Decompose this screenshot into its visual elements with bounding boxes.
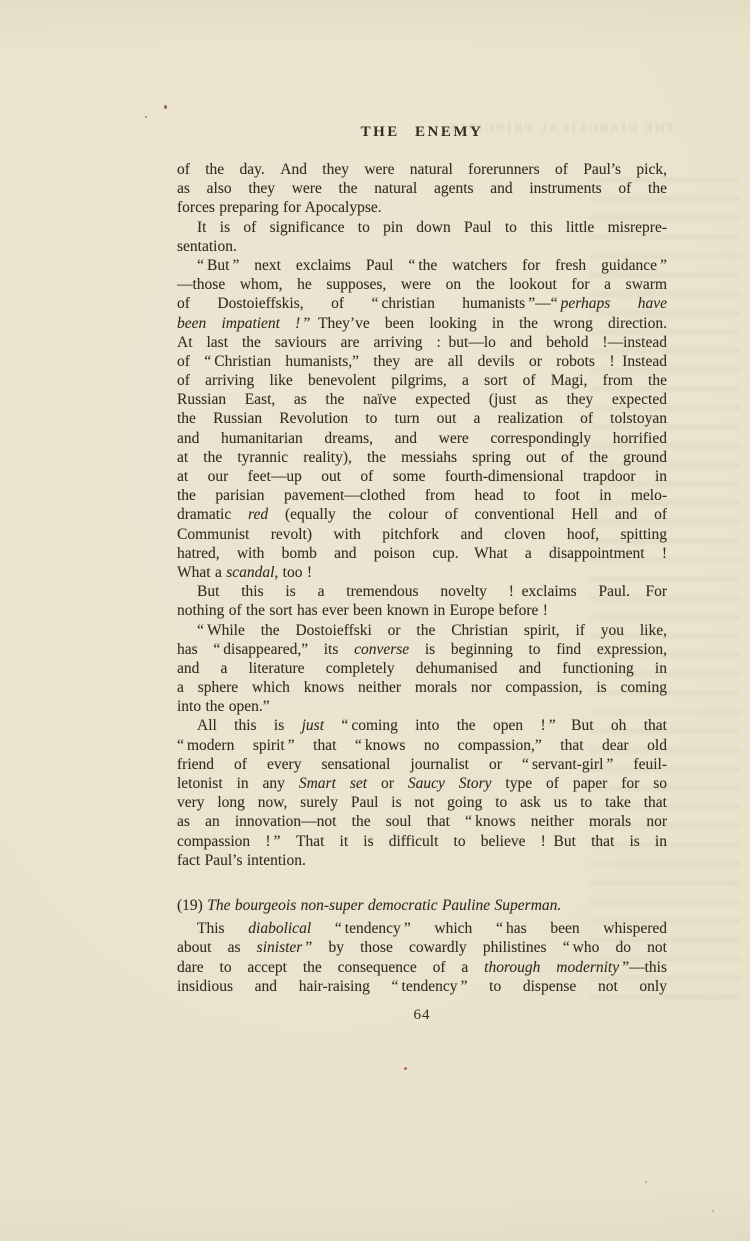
paragraph: of the day. And they were natural foreru… <box>177 160 667 218</box>
text-line: into the open.” <box>177 697 667 716</box>
text-line: as also they were the natural agents and… <box>177 179 667 198</box>
text-line: insidious and hair-raising “ tendency ” … <box>177 977 667 996</box>
text-line: “ While the Dostoieffski or the Christia… <box>177 621 667 640</box>
text-line: Russian East, as the naïve expected (jus… <box>177 390 667 409</box>
text-line: very long now, surely Paul is not going … <box>177 793 667 812</box>
book-page: THE DIABOLICAL PRINCIPLE THE ENEMY of th… <box>0 0 750 1241</box>
page-number: 64 <box>177 1007 667 1024</box>
paper-speck <box>645 1181 647 1183</box>
text-line: At last the saviours are arriving : but—… <box>177 333 667 352</box>
text-line: as an innovation—not the soul that “ kno… <box>177 812 667 831</box>
paper-speck <box>145 116 147 118</box>
paragraph: It is of significance to pin down Paul t… <box>177 218 667 256</box>
text-line: been impatient ! ” They’ve been looking … <box>177 314 667 333</box>
paragraph: “ But ” next exclaims Paul “ the watcher… <box>177 256 667 582</box>
text-line: the parisian pavement—clothed from head … <box>177 486 667 505</box>
paper-speck <box>164 105 167 109</box>
text-line: All this is just “ coming into the open … <box>177 716 667 735</box>
running-header: THE ENEMY <box>177 124 667 141</box>
text-line: It is of significance to pin down Paul t… <box>177 218 667 237</box>
paragraph: “ While the Dostoieffski or the Christia… <box>177 621 667 717</box>
text-line: hatred, with bomb and poison cup. What a… <box>177 544 667 563</box>
text-line: compassion ! ” That it is difficult to b… <box>177 832 667 851</box>
text-block: of the day. And they were natural foreru… <box>177 160 667 996</box>
text-line: the Russian Revolution to turn out a rea… <box>177 409 667 428</box>
text-line: This diabolical “ tendency ” which “ has… <box>177 919 667 938</box>
text-line: of Dostoieffskis, of “ christian humanis… <box>177 294 667 313</box>
text-line: What a scandal, too ! <box>177 563 667 582</box>
text-line: a sphere which knows neither morals nor … <box>177 678 667 697</box>
text-line: at our feet—up out of some fourth-dimens… <box>177 467 667 486</box>
text-line: But this is a tremendous novelty ! excla… <box>177 582 667 601</box>
paragraph: All this is just “ coming into the open … <box>177 716 667 870</box>
paragraph: This diabolical “ tendency ” which “ has… <box>177 919 667 996</box>
text-line: of arriving like benevolent pilgrims, a … <box>177 371 667 390</box>
text-line: has “ disappeared,” its converse is begi… <box>177 640 667 659</box>
paper-speck <box>712 1210 714 1212</box>
text-line: fact Paul’s intention. <box>177 851 667 870</box>
text-line: nothing of the sort has ever been known … <box>177 601 667 620</box>
paper-speck <box>404 1067 407 1070</box>
text-line: about as sinister ” by those cowardly ph… <box>177 938 667 957</box>
text-line: sentation. <box>177 237 667 256</box>
section-heading: (19) The bourgeois non-super democratic … <box>177 896 667 915</box>
text-line: dare to accept the consequence of a thor… <box>177 958 667 977</box>
text-line: “ modern spirit ” that “ knows no compas… <box>177 736 667 755</box>
text-line: and a literature completely dehumanised … <box>177 659 667 678</box>
text-line: of “ Christian humanists,” they are all … <box>177 352 667 371</box>
text-line: at the tyrannic reality), the messiahs s… <box>177 448 667 467</box>
text-line: letonist in any Smart set or Saucy Story… <box>177 774 667 793</box>
text-line: “ But ” next exclaims Paul “ the watcher… <box>177 256 667 275</box>
text-line: and humanitarian dreams, and were corres… <box>177 429 667 448</box>
text-line: Communist revolt) with pitchfork and clo… <box>177 525 667 544</box>
text-line: of the day. And they were natural foreru… <box>177 160 667 179</box>
text-line: friend of every sensational journalist o… <box>177 755 667 774</box>
paragraph: But this is a tremendous novelty ! excla… <box>177 582 667 620</box>
text-line: forces preparing for Apocalypse. <box>177 198 667 217</box>
text-line: (19) The bourgeois non-super democratic … <box>177 896 667 915</box>
text-line: —those whom, he supposes, were on the lo… <box>177 275 667 294</box>
text-line: dramatic red (equally the colour of conv… <box>177 505 667 524</box>
